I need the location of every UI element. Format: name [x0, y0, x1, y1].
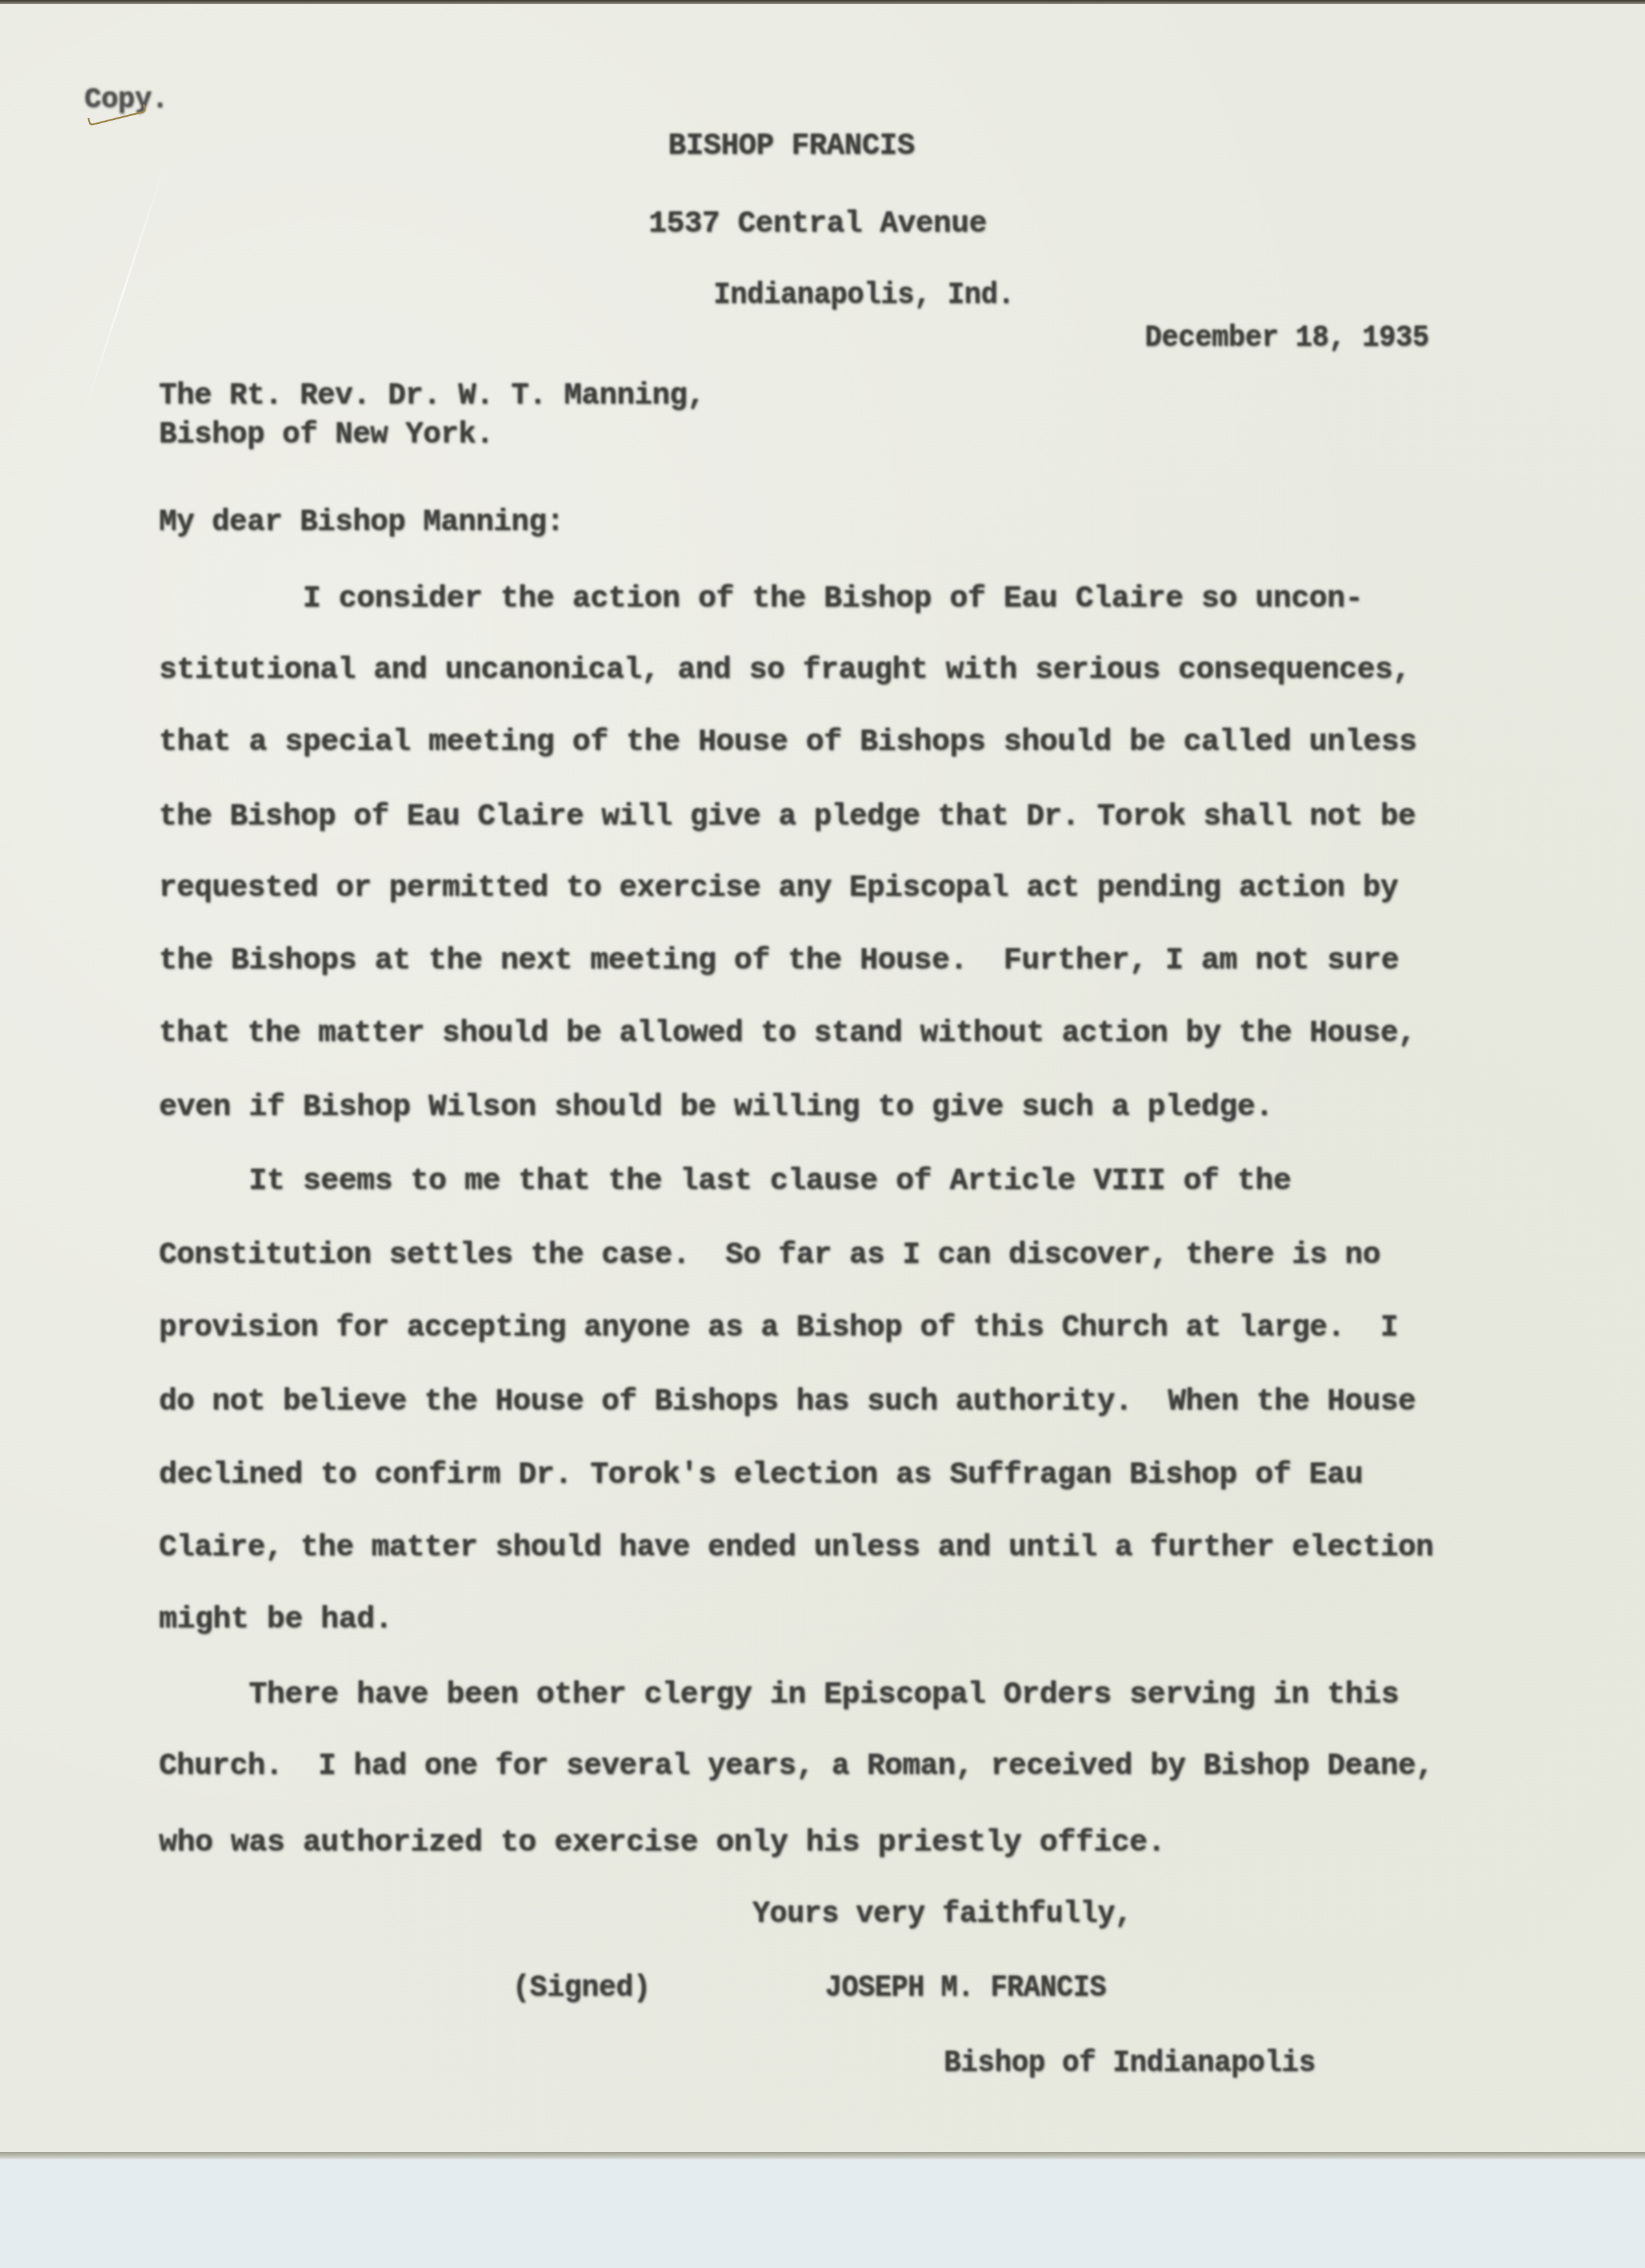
salutation: My dear Bishop Manning:: [159, 503, 564, 542]
body-line: do not believe the House of Bishops has …: [159, 1383, 1416, 1422]
closing: Yours very faithfully,: [752, 1895, 1132, 1934]
signed-label: (Signed): [512, 1969, 651, 2008]
letterhead-city: Indianapolis, Ind.: [714, 276, 1015, 315]
body-line: might be had.: [159, 1601, 392, 1640]
body-line: There have been other clergy in Episcopa…: [159, 1676, 1399, 1715]
body-line: requested or permitted to exercise any E…: [159, 869, 1398, 908]
body-line: I consider the action of the Bishop of E…: [159, 580, 1363, 619]
body-line: declined to confirm Dr. Torok's election…: [159, 1456, 1363, 1495]
body-line: Constitution settles the case. So far as…: [159, 1236, 1380, 1275]
signer-title: Bishop of Indianapolis: [944, 2044, 1315, 2083]
letterhead-name: BISHOP FRANCIS: [668, 127, 915, 166]
paper-bottom-edge: [0, 2152, 1645, 2160]
body-line: even if Bishop Wilson should be willing …: [159, 1088, 1273, 1127]
scanner-bed: [0, 2160, 1645, 2268]
body-line: Claire, the matter should have ended unl…: [159, 1529, 1434, 1568]
signer-name: JOSEPH M. FRANCIS: [825, 1969, 1106, 2008]
body-line: Church. I had one for several years, a R…: [159, 1747, 1434, 1786]
addressee-line-1: The Rt. Rev. Dr. W. T. Manning,: [159, 377, 705, 416]
body-line: the Bishop of Eau Claire will give a ple…: [159, 798, 1416, 837]
body-line: that a special meeting of the House of B…: [159, 723, 1417, 762]
addressee-line-2: Bishop of New York.: [159, 416, 494, 455]
body-line: the Bishops at the next meeting of the H…: [159, 942, 1399, 981]
body-line: It seems to me that the last clause of A…: [159, 1162, 1291, 1201]
body-line: stitutional and uncanonical, and so frau…: [159, 651, 1411, 690]
letterhead-street: 1537 Central Avenue: [649, 205, 987, 244]
body-line: provision for accepting anyone as a Bish…: [159, 1309, 1398, 1348]
letter-date: December 18, 1935: [1145, 319, 1429, 358]
paper-crease: [81, 160, 167, 419]
body-line: who was authorized to exercise only his …: [159, 1824, 1165, 1863]
letter-page: Copy. BISHOP FRANCIS 1537 Central Avenue…: [0, 4, 1645, 2152]
body-line: that the matter should be allowed to sta…: [159, 1014, 1416, 1053]
